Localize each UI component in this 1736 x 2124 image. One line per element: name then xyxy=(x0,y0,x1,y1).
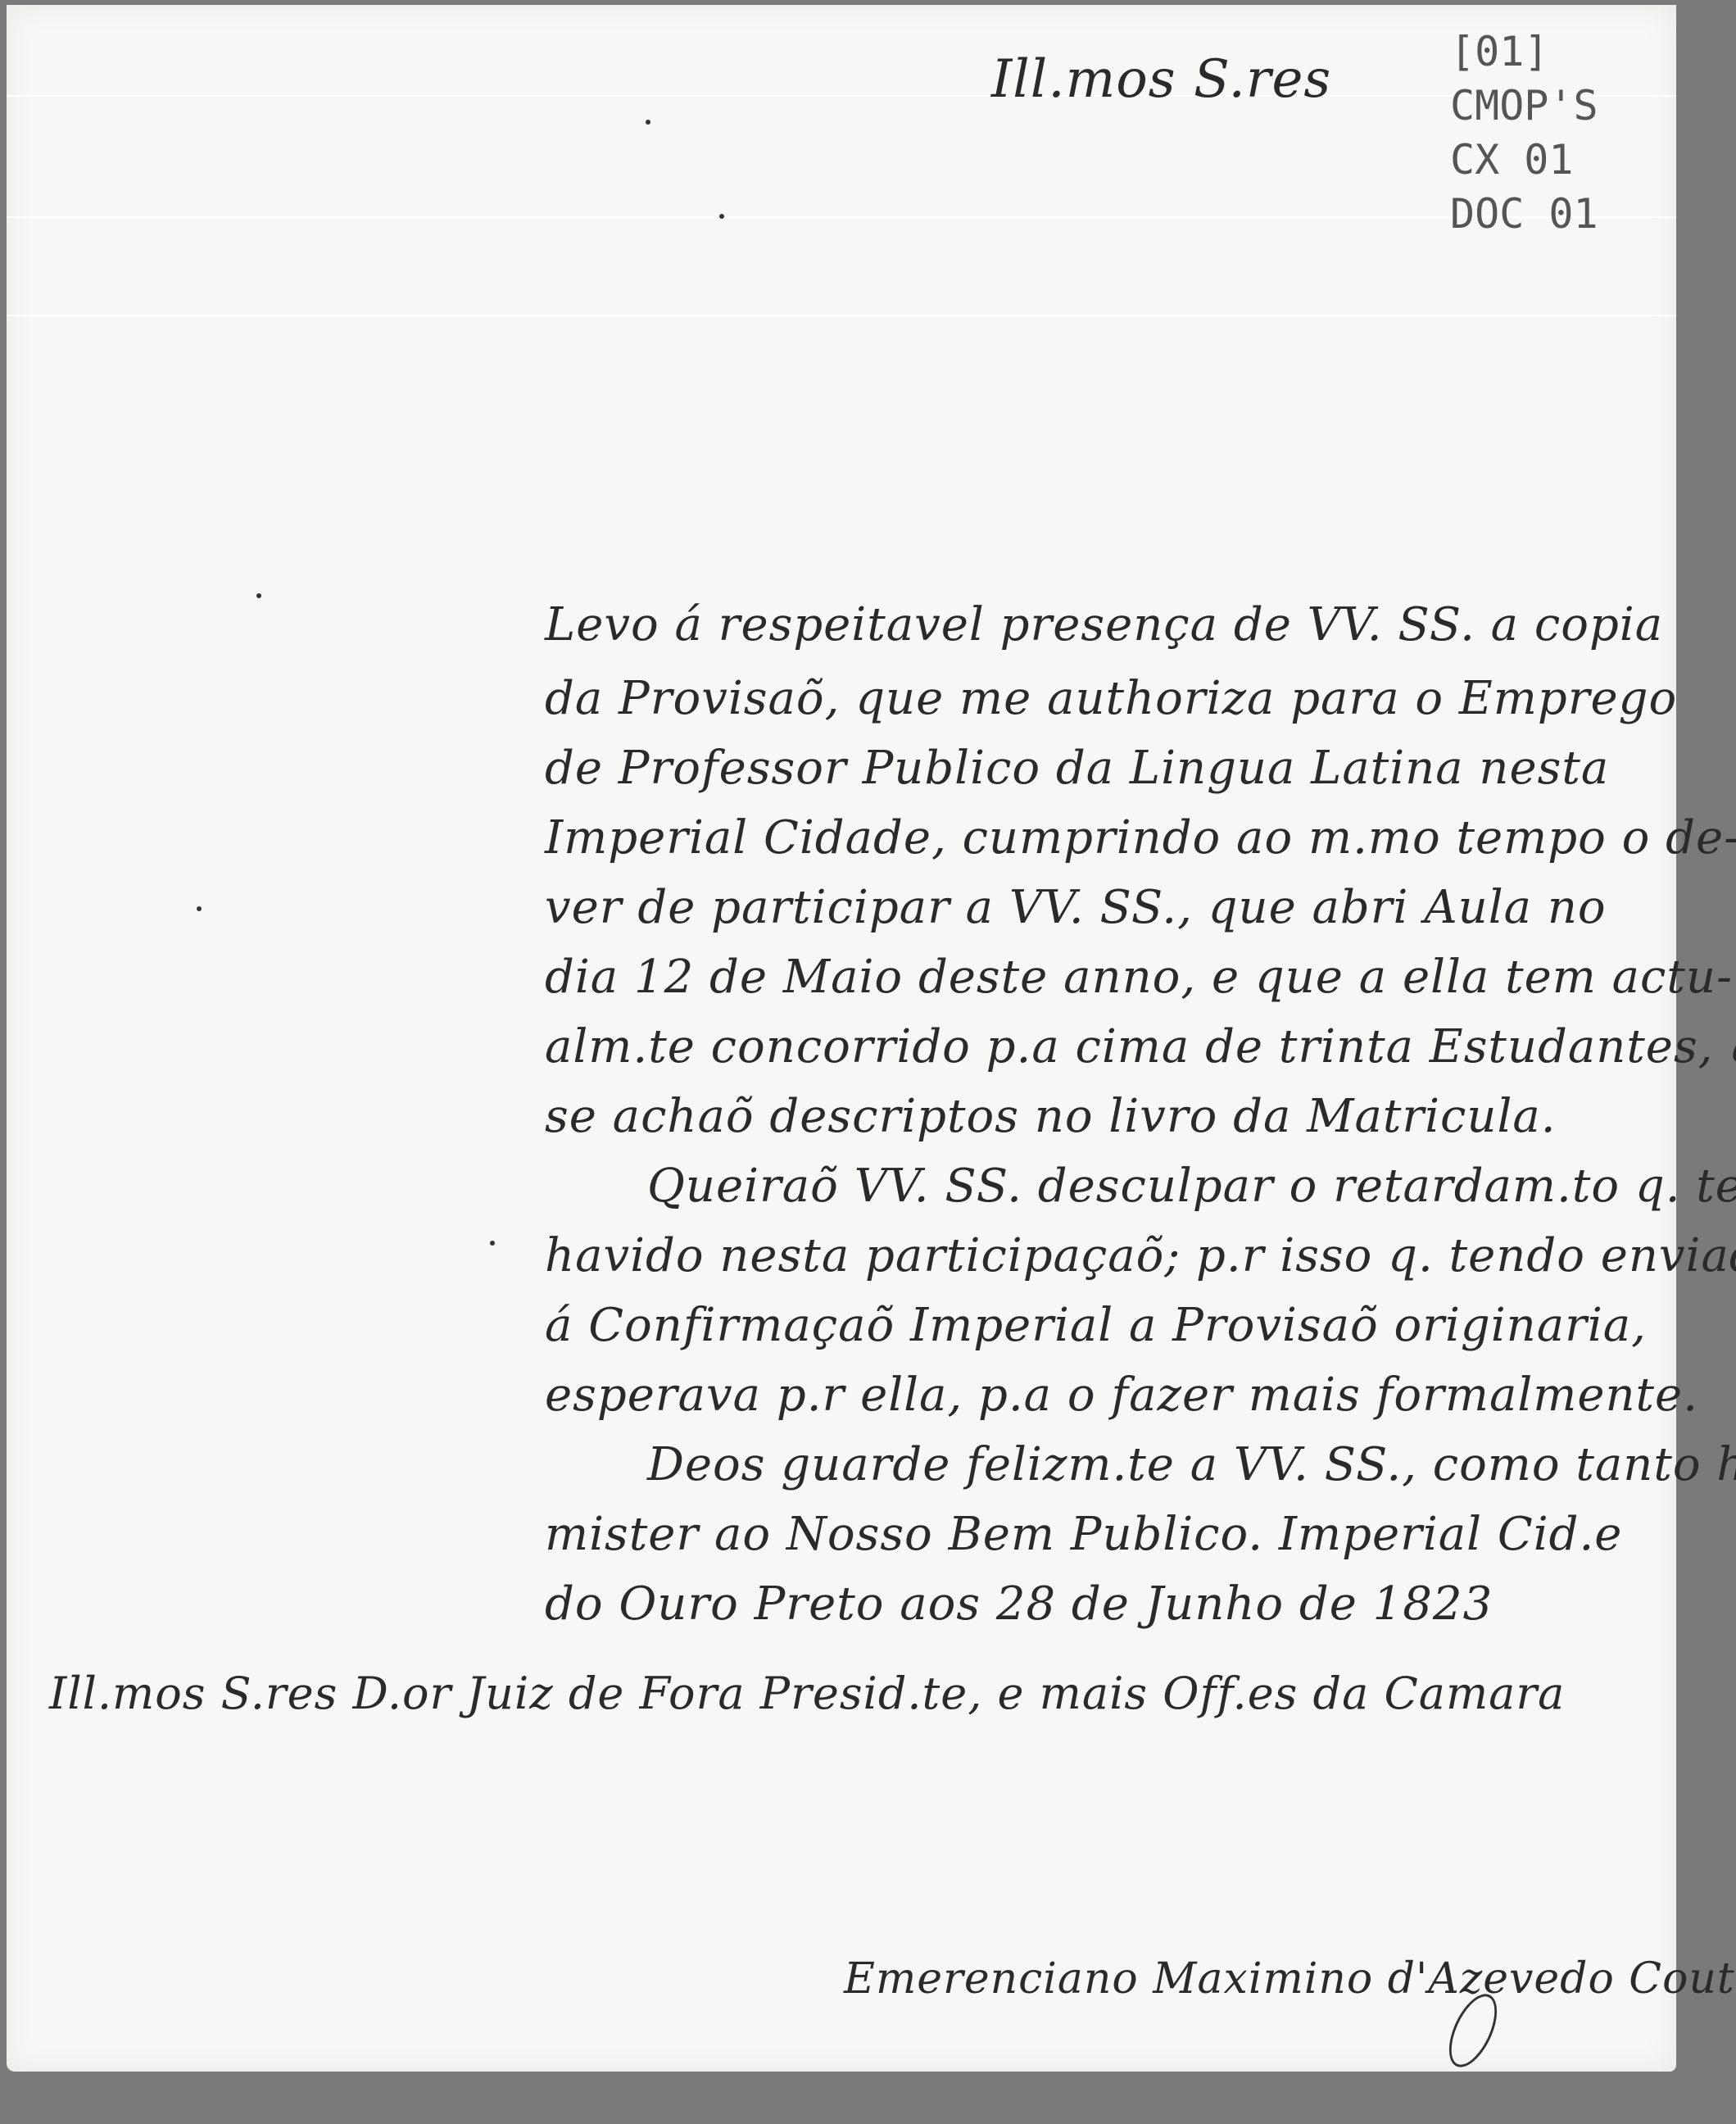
archive-label-line: [01] xyxy=(1450,25,1598,79)
ink-speck xyxy=(256,593,261,598)
body-line: de Professor Publico da Lingua Latina ne… xyxy=(545,742,1609,795)
archive-label: [01] CMOP'S CX 01 DOC 01 xyxy=(1450,25,1598,241)
archive-label-line: DOC 01 xyxy=(1450,187,1598,241)
addressee-line: Ill.mos S.res D.or Juiz de Fora Presid.t… xyxy=(49,1668,1565,1719)
body-line: esperava p.r ella, p.a o fazer mais form… xyxy=(545,1368,1698,1422)
body-line: havido nesta participaçaõ; p.r isso q. t… xyxy=(545,1229,1736,1282)
body-line: da Provisaõ, que me authoriza para o Emp… xyxy=(545,672,1677,725)
fold-line xyxy=(7,95,1676,97)
ink-speck xyxy=(646,120,650,125)
body-line: ver de participar a VV. SS., que abri Au… xyxy=(545,881,1607,934)
body-line: Queiraõ VV. SS. desculpar o retardam.to … xyxy=(647,1160,1736,1213)
body-line: Imperial Cidade, cumprindo ao m.mo tempo… xyxy=(545,811,1736,865)
body-line: se achaõ descriptos no livro da Matricul… xyxy=(545,1090,1557,1143)
body-line: alm.te concorrido p.a cima de trinta Est… xyxy=(545,1020,1736,1073)
ink-speck xyxy=(490,1241,495,1246)
body-line: á Confirmaçaõ Imperial a Provisaõ origin… xyxy=(545,1299,1647,1352)
body-line: Levo á respeitavel presença de VV. SS. a… xyxy=(545,598,1663,651)
archive-label-line: CX 01 xyxy=(1450,133,1598,187)
signature: Emerenciano Maximino d'Azevedo Coutt.o xyxy=(844,1954,1736,2004)
body-line: mister ao Nosso Bem Publico. Imperial Ci… xyxy=(545,1508,1622,1561)
ink-speck xyxy=(197,906,202,911)
body-line: dia 12 de Maio deste anno, e que a ella … xyxy=(545,951,1733,1004)
salutation: Ill.mos S.res xyxy=(991,49,1331,110)
ink-speck xyxy=(719,214,724,219)
body-line: Deos guarde felizm.te a VV. SS., como ta… xyxy=(647,1438,1736,1491)
body-line: do Ouro Preto aos 28 de Junho de 1823 xyxy=(545,1577,1493,1631)
fold-line xyxy=(7,315,1676,316)
fold-line xyxy=(7,216,1676,218)
archive-label-line: CMOP'S xyxy=(1450,79,1598,133)
